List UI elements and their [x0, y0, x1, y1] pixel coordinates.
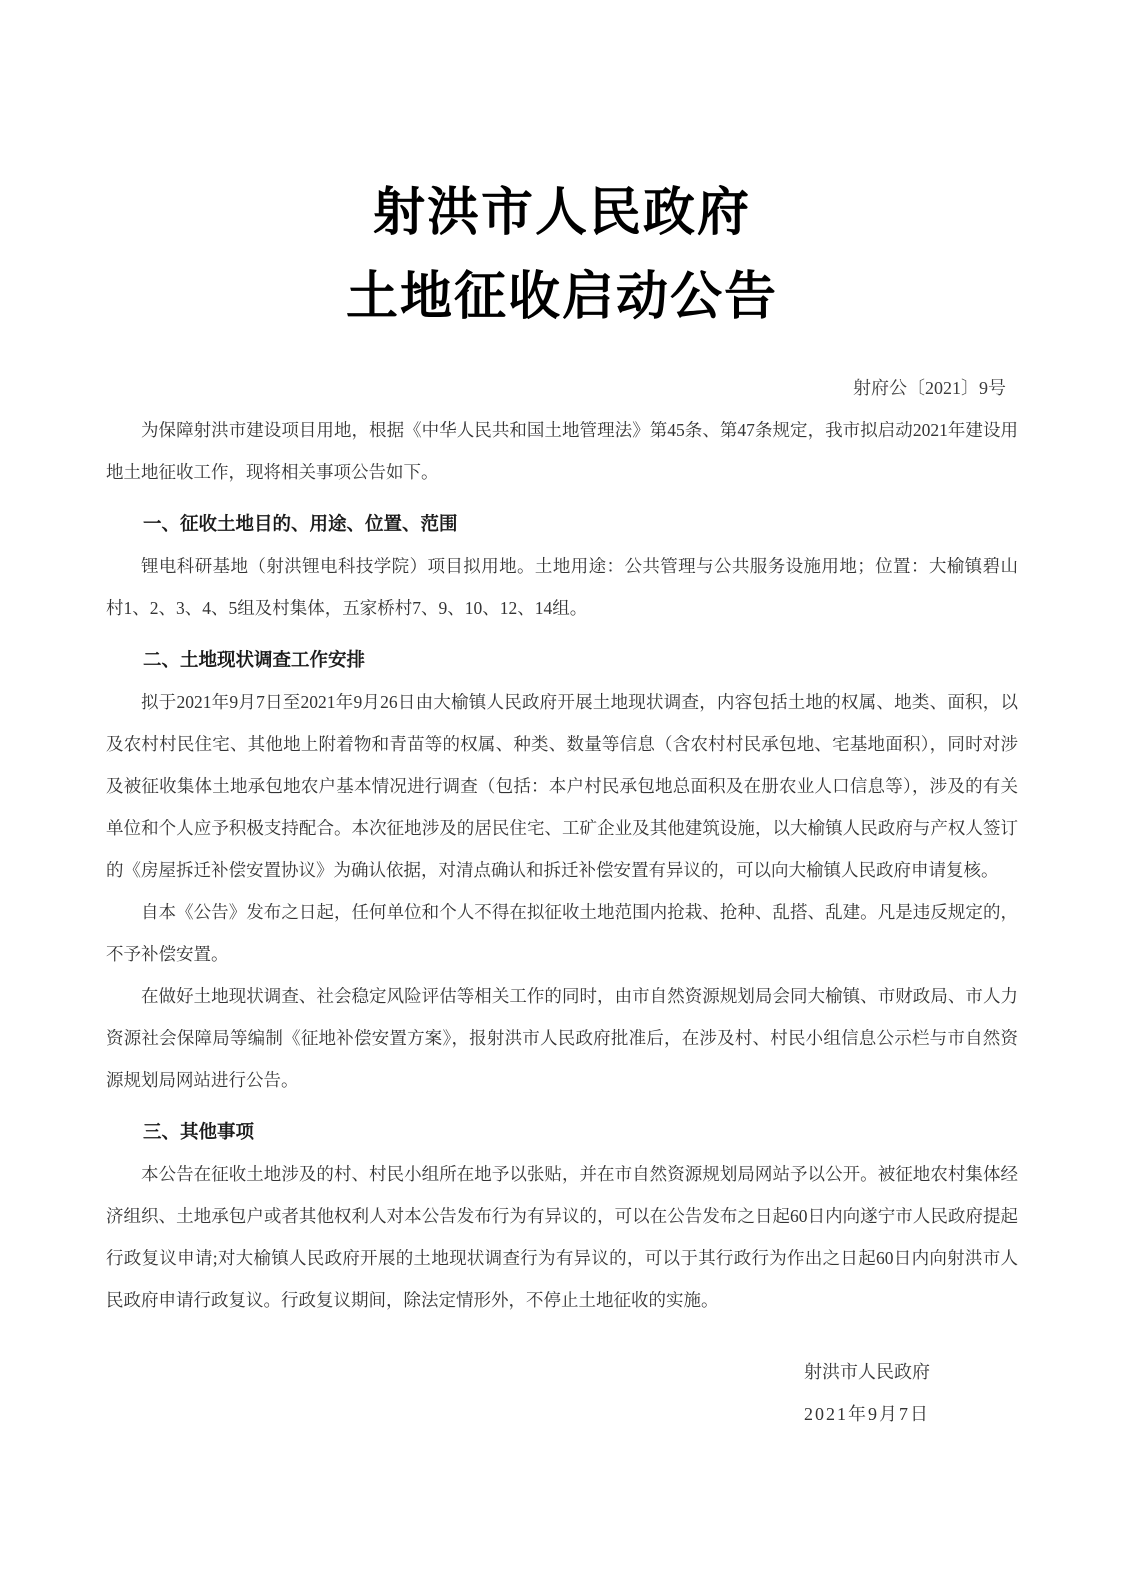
section-2-paragraph-1: 拟于2021年9月7日至2021年9月26日由大榆镇人民政府开展土地现状调查，内… — [106, 681, 1018, 891]
section-1-paragraph-1: 锂电科研基地（射洪锂电科技学院）项目拟用地。土地用途：公共管理与公共服务设施用地… — [106, 545, 1018, 629]
section-2-paragraph-2: 自本《公告》发布之日起，任何单位和个人不得在拟征收土地范围内抢栽、抢种、乱搭、乱… — [106, 891, 1018, 975]
body-line: 村1、2、3、4、5组及村集体，五家桥村7、9、10、12、14组。 — [106, 587, 1018, 629]
issuing-authority: 射洪市人民政府 — [106, 1351, 930, 1393]
body-line: 锂电科研基地（射洪锂电科技学院）项目拟用地。土地用途：公共管理与公共服务设施用地… — [106, 545, 1018, 587]
intro-line: 地土地征收工作，现将相关事项公告如下。 — [106, 451, 1018, 493]
body-line: 及农村村民住宅、其他地上附着物和青苗等的权属、种类、数量等信息（含农村村民承包地… — [106, 723, 1018, 765]
section-2-heading: 二、土地现状调查工作安排 — [106, 639, 1018, 681]
section-1-heading: 一、征收土地目的、用途、位置、范围 — [106, 503, 1018, 545]
section-3-heading: 三、其他事项 — [106, 1111, 1018, 1153]
document-number: 射府公〔2021〕9号 — [106, 375, 1018, 401]
document-title: 射洪市人民政府 土地征收启动公告 — [106, 35, 1018, 340]
body-line: 资源社会保障局等编制《征地补偿安置方案》，报射洪市人民政府批准后，在涉及村、村民… — [106, 1017, 1018, 1059]
body-line: 源规划局网站进行公告。 — [106, 1059, 1018, 1101]
body-line: 不予补偿安置。 — [106, 933, 1018, 975]
title-line-2: 土地征收启动公告 — [106, 256, 1018, 340]
body-line: 本公告在征收土地涉及的村、村民小组所在地予以张贴，并在市自然资源规划局网站予以公… — [106, 1153, 1018, 1195]
body-line: 济组织、土地承包户或者其他权利人对本公告发布行为有异议的，可以在公告发布之日起6… — [106, 1195, 1018, 1237]
section-2-paragraph-3: 在做好土地现状调查、社会稳定风险评估等相关工作的同时，由市自然资源规划局会同大榆… — [106, 975, 1018, 1101]
body-line: 行政复议申请;对大榆镇人民政府开展的土地现状调查行为有异议的，可以于其行政行为作… — [106, 1237, 1018, 1279]
intro-paragraph: 为保障射洪市建设项目用地，根据《中华人民共和国土地管理法》第45条、第47条规定… — [106, 409, 1018, 493]
body-line: 的《房屋拆迁补偿安置协议》为确认依据，对清点确认和拆迁补偿安置有异议的，可以向大… — [106, 849, 1018, 891]
body-line: 民政府申请行政复议。行政复议期间，除法定情形外，不停止土地征收的实施。 — [106, 1279, 1018, 1321]
title-line-1: 射洪市人民政府 — [106, 172, 1018, 256]
document-body: 为保障射洪市建设项目用地，根据《中华人民共和国土地管理法》第45条、第47条规定… — [106, 409, 1018, 1321]
intro-line: 为保障射洪市建设项目用地，根据《中华人民共和国土地管理法》第45条、第47条规定… — [106, 409, 1018, 451]
body-line: 在做好土地现状调查、社会稳定风险评估等相关工作的同时，由市自然资源规划局会同大榆… — [106, 975, 1018, 1017]
announcement-page: 射洪市人民政府 土地征收启动公告 射府公〔2021〕9号 为保障射洪市建设项目用… — [0, 0, 1122, 1589]
issue-date: 2021年9月7日 — [106, 1393, 930, 1435]
body-line: 及被征收集体土地承包地农户基本情况进行调查（包括：本户村民承包地总面积及在册农业… — [106, 765, 1018, 807]
body-line: 拟于2021年9月7日至2021年9月26日由大榆镇人民政府开展土地现状调查，内… — [106, 681, 1018, 723]
document-content: 射洪市人民政府 土地征收启动公告 射府公〔2021〕9号 为保障射洪市建设项目用… — [0, 35, 1122, 1435]
section-3-paragraph-1: 本公告在征收土地涉及的村、村民小组所在地予以张贴，并在市自然资源规划局网站予以公… — [106, 1153, 1018, 1321]
body-line: 单位和个人应予积极支持配合。本次征地涉及的居民住宅、工矿企业及其他建筑设施，以大… — [106, 807, 1018, 849]
signature-block: 射洪市人民政府 2021年9月7日 — [106, 1351, 1018, 1435]
body-line: 自本《公告》发布之日起，任何单位和个人不得在拟征收土地范围内抢栽、抢种、乱搭、乱… — [106, 891, 1018, 933]
